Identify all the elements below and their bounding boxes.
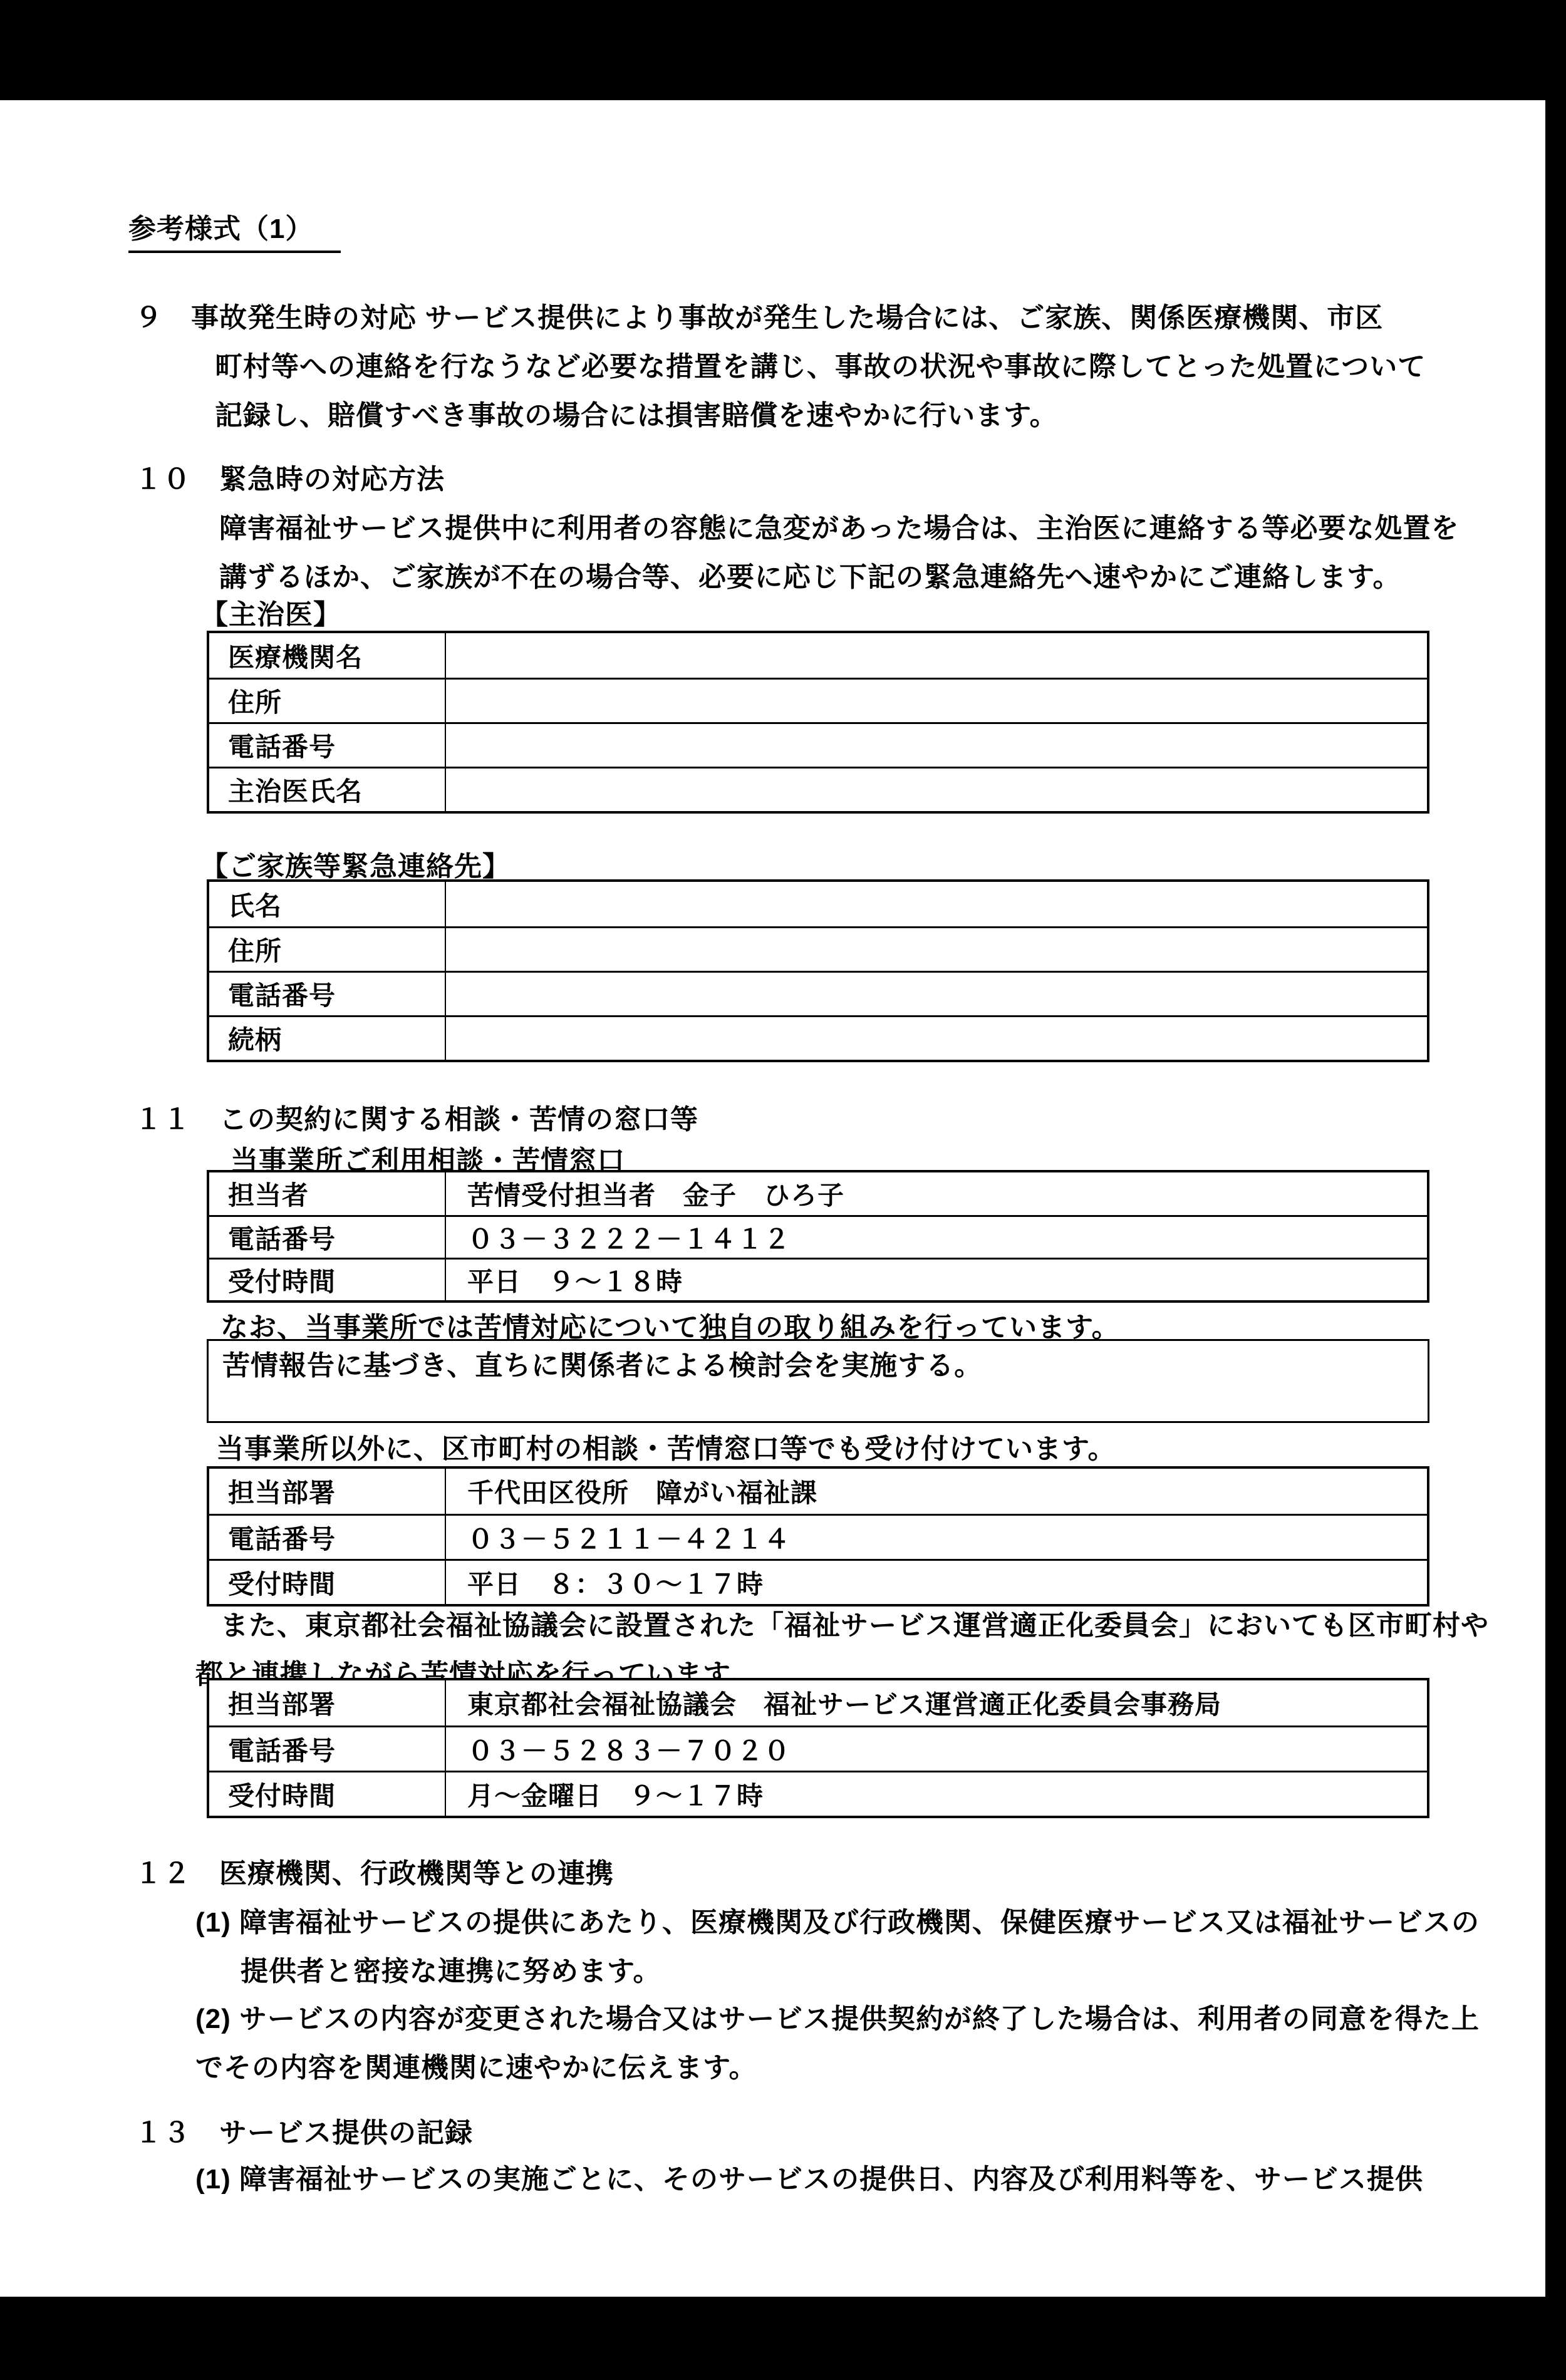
row-label: 電話番号 (209, 1217, 446, 1258)
section13-heading: １３ サービス提供の記録 (135, 2117, 473, 2150)
table-row: 医療機関名 (209, 633, 1427, 678)
section12-item2-line2: でその内容を関連機関に速やかに伝えます。 (195, 2052, 757, 2084)
municipal-note-line: 当事業所以外に、区市町村の相談・苦情窓口等でも受け付けています。 (216, 1433, 1116, 1466)
page-title: 参考様式（1） (128, 213, 341, 253)
row-value-field (446, 680, 1427, 722)
doctor-table: 医療機関名 住所 電話番号 主治医氏名 (207, 631, 1429, 814)
scan-border-top (0, 0, 1566, 100)
row-label: 受付時間 (209, 1260, 446, 1300)
table-row: 電話番号 ０３－３２２２－１４１２ (209, 1215, 1427, 1258)
scan-border-right (1545, 100, 1566, 2297)
row-value: ０３－５２８３－７０２０ (446, 1727, 1427, 1771)
table-row: 電話番号 ０３－５２８３－７０２０ (209, 1725, 1427, 1771)
row-label: 氏名 (209, 882, 446, 926)
row-value-field (446, 724, 1427, 767)
municipal-complaint-table: 担当部署 千代田区役所 障がい福祉課 電話番号 ０３－５２１１－４２１４ 受付時… (207, 1466, 1429, 1606)
committee-line1: また、東京都社会福祉協議会に設置された「福祉サービス運営適正化委員会」においても… (220, 1610, 1489, 1642)
row-label: 医療機関名 (209, 633, 446, 678)
table-row: 続柄 (209, 1015, 1427, 1060)
section12-item1-line2: 提供者と密接な連携に努めます。 (241, 1955, 661, 1988)
row-label: 担当者 (209, 1172, 446, 1215)
table-row: 受付時間 平日 ９～１８時 (209, 1258, 1427, 1300)
table-row: 電話番号 ０３－５２１１－４２１４ (209, 1514, 1427, 1559)
row-label: 主治医氏名 (209, 768, 446, 811)
section11-heading: １１ この契約に関する相談・苦情の窓口等 (135, 1104, 698, 1136)
table-row: 主治医氏名 (209, 767, 1427, 811)
table-row: 受付時間 月～金曜日 ９～１７時 (209, 1771, 1427, 1816)
table-row: 電話番号 (209, 971, 1427, 1015)
scan-border-bottom (0, 2297, 1566, 2380)
row-value: 平日 ９～１８時 (446, 1260, 1427, 1300)
row-value-field (446, 633, 1427, 678)
row-label: 電話番号 (209, 973, 446, 1015)
table-row: 担当者 苦情受付担当者 金子 ひろ子 (209, 1172, 1427, 1215)
office-complaint-table: 担当者 苦情受付担当者 金子 ひろ子 電話番号 ０３－３２２２－１４１２ 受付時… (207, 1170, 1429, 1303)
row-value: ０３－３２２２－１４１２ (446, 1217, 1427, 1258)
row-label: 続柄 (209, 1017, 446, 1060)
row-label: 受付時間 (209, 1561, 446, 1604)
family-table-caption: 【ご家族等緊急連絡先】 (200, 851, 511, 883)
row-label: 受付時間 (209, 1772, 446, 1816)
table-row: 受付時間 平日 ８：３０～１７時 (209, 1559, 1427, 1604)
table-row: 氏名 (209, 882, 1427, 926)
section10-line1: 障害福祉サービス提供中に利用者の容態に急変があった場合は、主治医に連絡する等必要… (219, 512, 1460, 545)
initiative-box: 苦情報告に基づき、直ちに関係者による検討会を実施する。 (207, 1339, 1429, 1423)
row-value: 平日 ８：３０～１７時 (446, 1561, 1427, 1604)
row-label: 担当部署 (209, 1469, 446, 1514)
row-value-field (446, 768, 1427, 811)
row-value-field (446, 882, 1427, 926)
family-table: 氏名 住所 電話番号 続柄 (207, 879, 1429, 1062)
row-value-field (446, 928, 1427, 971)
section10-heading: １０ 緊急時の対応方法 (135, 463, 445, 496)
section10-line2: 講ずるほか、ご家族が不在の場合等、必要に応じ下記の緊急連絡先へ速やかにご連絡しま… (219, 561, 1401, 594)
row-label: 電話番号 (209, 1516, 446, 1559)
row-label: 電話番号 (209, 724, 446, 767)
row-value: 苦情受付担当者 金子 ひろ子 (446, 1172, 1427, 1215)
row-value: 千代田区役所 障がい福祉課 (446, 1469, 1427, 1514)
table-row: 住所 (209, 678, 1427, 722)
row-label: 電話番号 (209, 1727, 446, 1771)
table-row: 担当部署 千代田区役所 障がい福祉課 (209, 1469, 1427, 1514)
table-row: 電話番号 (209, 722, 1427, 767)
section12-item1-line1: (1) 障害福祉サービスの提供にあたり、医療機関及び行政機関、保健医療サービス又… (195, 1907, 1480, 1939)
section9-line3: 記録し、賠償すべき事故の場合には損害賠償を速やかに行います。 (215, 400, 1058, 432)
row-value: ０３－５２１１－４２１４ (446, 1516, 1427, 1559)
row-label: 住所 (209, 928, 446, 971)
row-label: 担当部署 (209, 1680, 446, 1725)
section13-item1-line1: (1) 障害福祉サービスの実施ごとに、そのサービスの提供日、内容及び利用料等を、… (195, 2163, 1423, 2196)
table-row: 住所 (209, 926, 1427, 971)
section12-item2-line1: (2) サービスの内容が変更された場合又はサービス提供契約が終了した場合は、利用… (195, 2003, 1480, 2036)
doctor-table-caption: 【主治医】 (200, 599, 341, 631)
row-value-field (446, 1017, 1427, 1060)
scanned-document-page: { "title": "参考様式（1）", "section9": { "lin… (0, 0, 1566, 2380)
row-value: 月～金曜日 ９～１７時 (446, 1772, 1427, 1816)
row-value-field (446, 973, 1427, 1015)
section9-line2: 町村等への連絡を行なうなど必要な措置を講じ、事故の状況や事故に際してとった処置に… (215, 351, 1426, 383)
section9-line1: ９ 事故発生時の対応 サービス提供により事故が発生した場合には、ご家族、関係医療… (135, 302, 1383, 334)
section12-heading: １２ 医療機関、行政機関等との連携 (135, 1858, 614, 1890)
row-value: 東京都社会福祉協議会 福祉サービス運営適正化委員会事務局 (446, 1680, 1427, 1725)
table-row: 担当部署 東京都社会福祉協議会 福祉サービス運営適正化委員会事務局 (209, 1680, 1427, 1725)
committee-table: 担当部署 東京都社会福祉協議会 福祉サービス運営適正化委員会事務局 電話番号 ０… (207, 1678, 1429, 1818)
row-label: 住所 (209, 680, 446, 722)
